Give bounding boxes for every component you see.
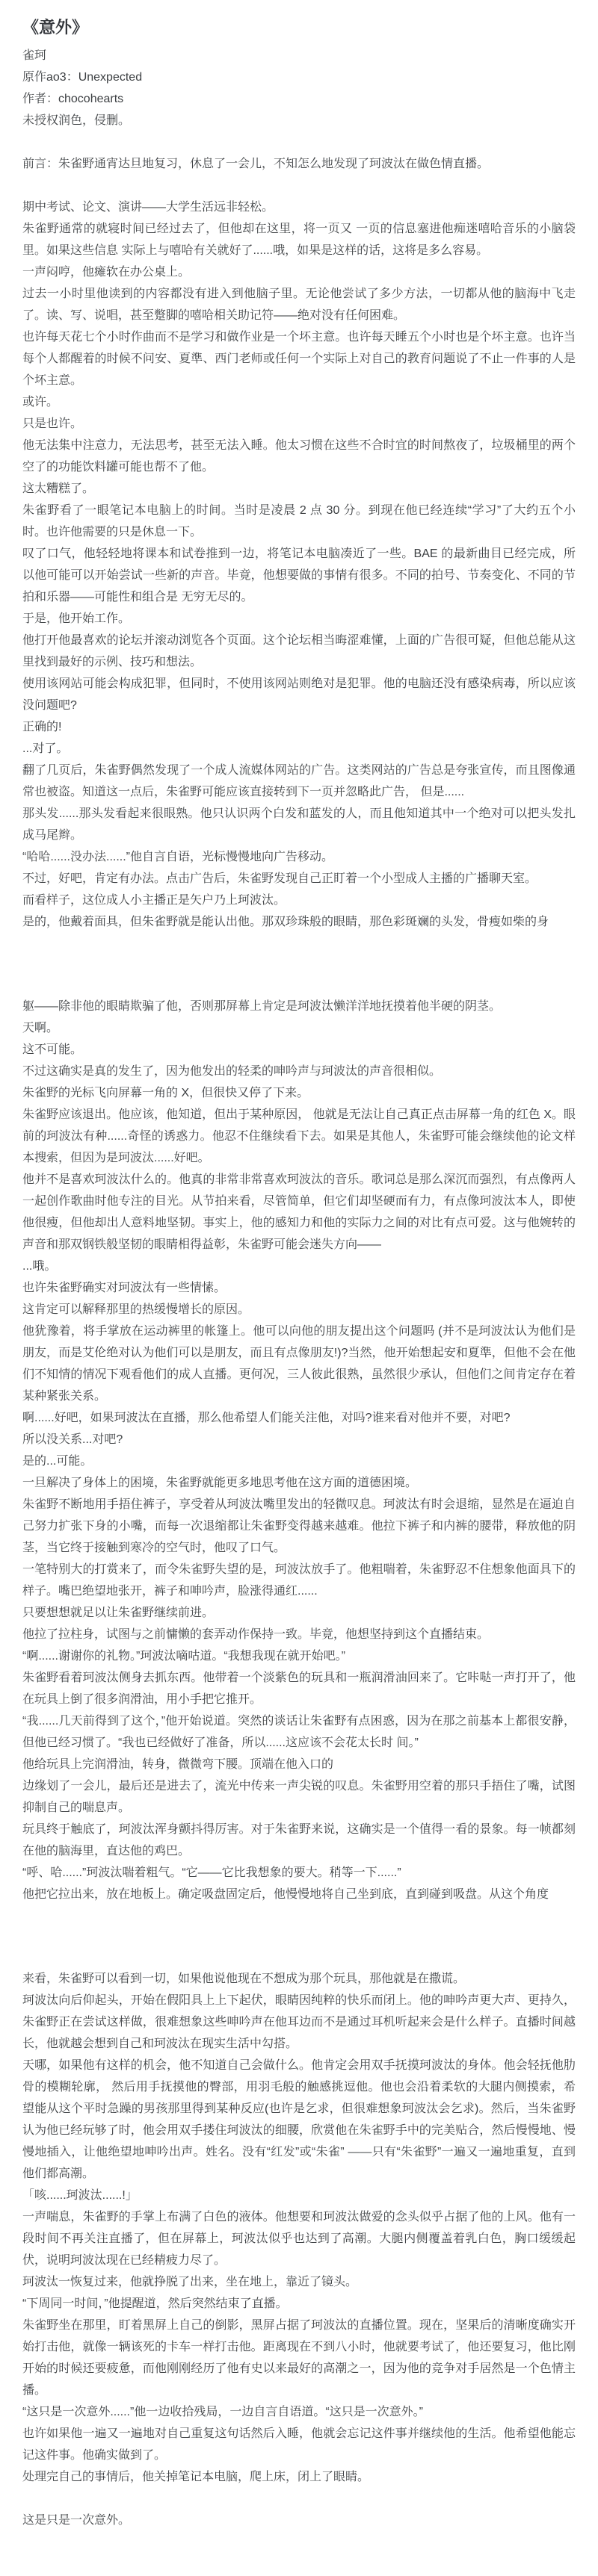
paragraph: 朱雀野看着珂波汰侧身去抓东西。他带着一个淡紫色的玩具和一瓶润滑油回来了。它咔哒一… [22,1667,576,1710]
paragraph: 翻了几页后，朱雀野偶然发现了一个成人流媒体网站的广告。这类网站的广告总是夸张宣传… [22,760,576,803]
paragraph: 他把它拉出来，放在地板上。确定吸盘固定后，他慢慢地将自己坐到底，直到碰到吸盘。从… [22,1884,576,1905]
paragraph: 所以没关系...对吧? [22,1429,576,1450]
paragraph: 啊......好吧，如果珂波汰在直播，那么他希望人们能关注他，对吗?谁来看对他并… [22,1407,576,1429]
paragraph: 他拉了拉柱身，试图与之前慵懒的套弄动作保持一致。毕竟，他想坚持到这个直播结束。 [22,1624,576,1645]
blank-line [22,131,576,153]
paragraph: 只要想想就足以让朱雀野继续前进。 [22,1602,576,1624]
paragraph: 使用该网站可能会构成犯罪，但同时，不使用该网站则绝对是犯罪。他的电脑还没有感染病… [22,673,576,716]
paragraph: 只是也许。 [22,413,576,435]
paragraph: 他无法集中注意力，无法思考，甚至无法入睡。他太习惯在这些不合时宜的时间熬夜了，垃… [22,435,576,478]
meta-disclaimer: 未授权润色，侵删。 [22,110,576,131]
paragraph: “哈哈......没办法......”他自言自语，光标慢慢地向广告移动。 [22,846,576,868]
paragraph: 朱雀野应该退出。他应该，他知道，但出于某种原因， 他就是无法让自己真正点击屏幕一… [22,1104,576,1169]
paragraph: “呼、哈......”珂波汰喘着粗气。“它——它比我想象的要大。稍等一下....… [22,1862,576,1884]
paragraph: “我......几天前得到了这个，”他开始说道。突然的谈话让朱雀野有点困惑，因为… [22,1710,576,1754]
paragraph: 朱雀野坐在那里，盯着黑屏上自己的倒影，黑屏占据了珂波汰的直播位置。现在，坚果后的… [22,2315,576,2401]
paragraph: 也许如果他一遍又一遍地对自己重复这句话然后入睡，他就会忘记这件事并继续他的生活。… [22,2423,576,2466]
content-gap [22,1905,576,1968]
paragraph: 珂波汰向后仰起头，开始在假阳具上上下起伏，眼睛因纯粹的快乐而闭上。他的呻吟声更大… [22,1990,576,2055]
paragraph: 他犹豫着，将手掌放在运动裤里的帐篷上。他可以向他的朋友提出这个问题吗 (并不是珂… [22,1320,576,1407]
blank-line [22,2488,576,2510]
paragraph: 珂波汰一恢复过来，他就挣脱了出来，坐在地上，靠近了镜头。 [22,2271,576,2293]
meta-author: 作者：chocohearts [22,88,576,110]
paragraph: 一声闷哼，他瘫软在办公桌上。 [22,261,576,283]
paragraph: 天啊。 [22,1017,576,1039]
paragraph: 也许朱雀野确实对珂波汰有一些情愫。 [22,1277,576,1299]
paragraph: 这不可能。 [22,1039,576,1061]
paragraph: 而看样子，这位成人小主播正是矢户乃上珂波汰。 [22,890,576,911]
paragraph: “啊......谢谢你的礼物。”珂波汰嘀咕道。“我想我现在就开始吧。” [22,1645,576,1667]
paragraph: 边缘划了一会儿，最后还是进去了，流光中传来一声尖锐的叹息。朱雀野用空着的那只手捂… [22,1775,576,1819]
paragraph: 前言：朱雀野通宵达旦地复习，休息了一会儿，不知怎么地发现了珂波汰在做色情直播。 [22,153,576,175]
paragraph: 他并不是喜欢珂波汰什么的。他真的非常非常喜欢珂波汰的音乐。歌词总是那么深沉而强烈… [22,1169,576,1256]
paragraph: 于是，他开始工作。 [22,608,576,630]
story-title: 《意外》 [22,15,576,40]
paragraph: 那头发......那头发看起来很眼熟。他只认识两个白发和蓝发的人，而且他知道其中… [22,803,576,846]
paragraph: 他打开他最喜欢的论坛并滚动浏览各个页面。这个论坛相当晦涩难懂，上面的广告很可疑，… [22,630,576,673]
paragraph: “这只是一次意外......”他一边收拾残局，一边自言自语道。“这只是一次意外。… [22,2401,576,2423]
paragraph: 朱雀野通常的就寝时间已经过去了，但他却在这里，将一页又 一页的信息塞进他痴迷嘻哈… [22,218,576,261]
paragraph: 这是只是一次意外。 [22,2510,576,2531]
paragraph: 朱雀野看了一眼笔记本电脑上的时间。当时是凌晨 2 点 30 分。到现在他已经连续… [22,500,576,543]
paragraph: 一声喘息，朱雀野的手掌上布满了白色的液体。他想要和珂波汰做爱的念头似乎占据了他的… [22,2206,576,2271]
paragraph: ...对了。 [22,738,576,760]
paragraph: 躯——除非他的眼睛欺骗了他，否则那屏幕上肯定是珂波汰懒洋洋地抚摸着他半硬的阴茎。 [22,996,576,1017]
paragraph: 一旦解决了身体上的困境，朱雀野就能更多地思考他在这方面的道德困境。 [22,1472,576,1494]
paragraph: 玩具终于触底了，珂波汰浑身颤抖得厉害。对于朱雀野来说，这确实是一个值得一看的景象… [22,1819,576,1862]
meta-source: 原作ao3：Unexpected [22,66,576,88]
paragraph: 朱雀野的光标飞向屏幕一角的 X，但很快又停了下来。 [22,1082,576,1104]
paragraph: 他给玩具上完润滑油，转身，微微弯下腰。顶端在他入口的 [22,1754,576,1775]
paragraph: 不过，好吧，肯定有办法。点击广告后，朱雀野发现自己正盯着一个小型成人主播的广播聊… [22,868,576,890]
paragraph: 来看，朱雀野可以看到一切，如果他说他现在不想成为那个玩具，那他就是在撒谎。 [22,1968,576,1990]
content-gap [22,933,576,996]
paragraph: 正确的! [22,716,576,738]
paragraph: 一笔特别大的打赏来了，而令朱雀野失望的是，珂波汰放手了。他粗喘着，朱雀野忍不住想… [22,1559,576,1602]
paragraph: 或许。 [22,391,576,413]
paragraph: 也许每天花七个小时作曲而不是学习和做作业是一个坏主意。也许每天睡五个小时也是个坏… [22,326,576,391]
paragraph: 这肯定可以解释那里的热缓慢增长的原因。 [22,1299,576,1320]
paragraph: 叹了口气，他轻轻地将课本和试卷推到一边，将笔记本电脑凑近了一些。BAE 的最新曲… [22,543,576,608]
paragraph: 这太糟糕了。 [22,478,576,500]
paragraph: 朱雀野不断地用手捂住裤子，享受着从珂波汰嘴里发出的轻微叹息。珂波汰有时会退缩，显… [22,1494,576,1559]
paragraph: “下周同一时间，”他提醒道，然后突然结束了直播。 [22,2293,576,2315]
paragraph: 过去一小时里他读到的内容都没有进入到他脑子里。无论他尝试了多少方法，一切都从他的… [22,283,576,326]
paragraph: 「咳......珂波汰......!」 [22,2185,576,2206]
story-text: 前言：朱雀野通宵达旦地复习，休息了一会儿，不知怎么地发现了珂波汰在做色情直播。期… [22,153,576,2531]
paragraph: 处理完自己的事情后，他关掉笔记本电脑，爬上床，闭上了眼睛。 [22,2466,576,2488]
paragraph: 是的，他戴着面具，但朱雀野就是能认出他。那双珍珠般的眼睛，那色彩斑斓的头发，骨瘦… [22,911,576,933]
meta-translator: 雀珂 [22,45,576,66]
story-page: 《意外》 雀珂 原作ao3：Unexpected 作者：chocohearts … [0,0,598,2576]
paragraph: 期中考试、论文、演讲——大学生活远非轻松。 [22,196,576,218]
paragraph: ...哦。 [22,1256,576,1277]
paragraph: 不过这确实是真的发生了，因为他发出的轻柔的呻吟声与珂波汰的声音很相似。 [22,1061,576,1082]
paragraph: 天哪，如果他有这样的机会，他不知道自己会做什么。他肯定会用双手抚摸珂波汰的身体。… [22,2055,576,2185]
blank-line [22,175,576,196]
paragraph: 是的...可能。 [22,1450,576,1472]
